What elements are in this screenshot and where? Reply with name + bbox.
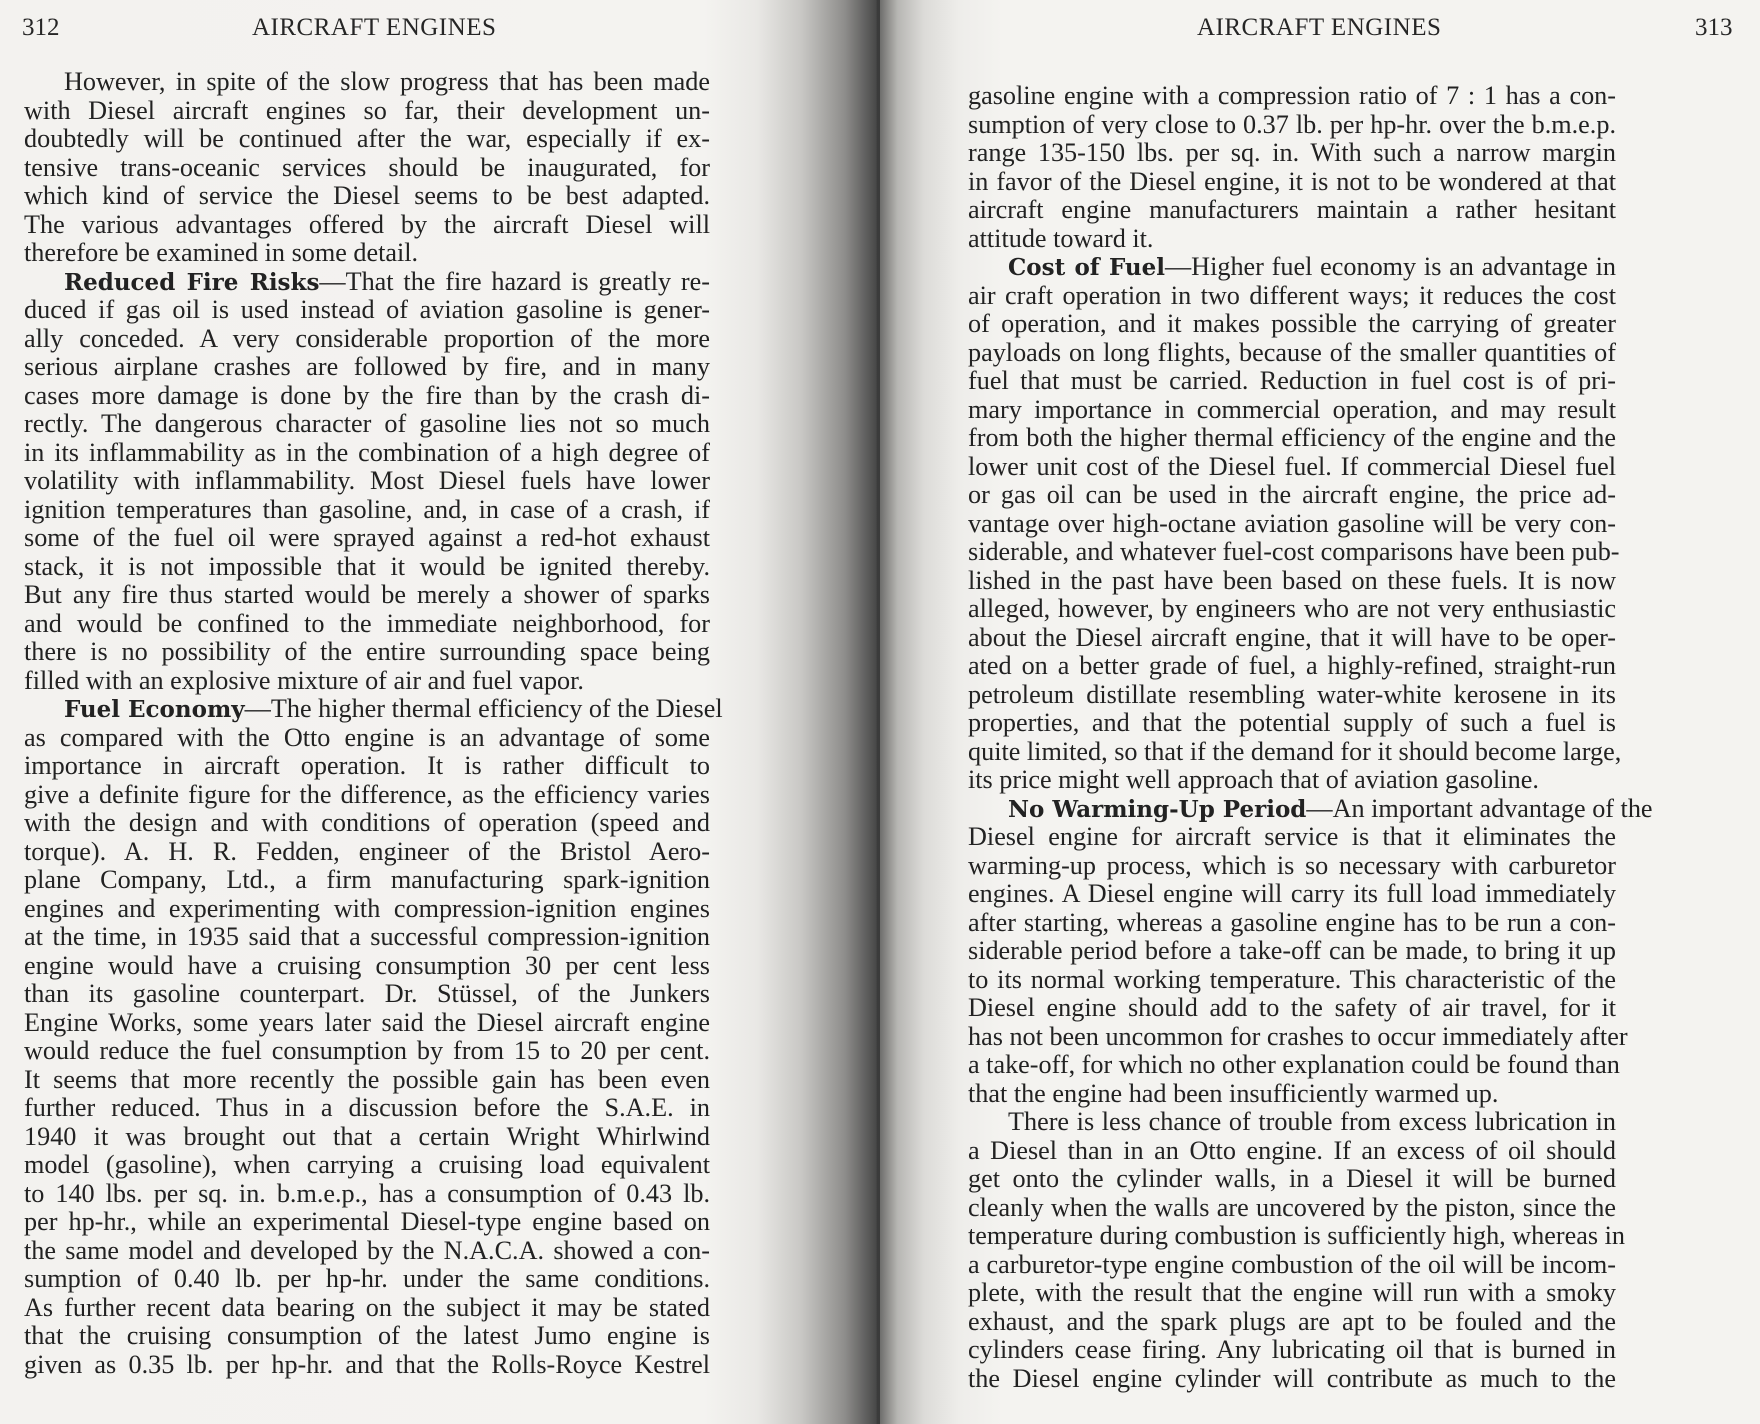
text-line: doubtedly will be continued after the wa… [24, 125, 710, 154]
text-line: There is less chance of trouble from exc… [968, 1108, 1616, 1137]
page-number-left: 312 [22, 14, 60, 42]
text-line: engines. A Diesel engine will carry its … [968, 880, 1616, 909]
text-line: cylinders cease firing. Any lubricating … [968, 1336, 1616, 1365]
section-heading-reduced-fire-risks: Reduced Fire Risks [64, 269, 319, 296]
text-line: importance in aircraft operation. It is … [24, 752, 710, 781]
text-line: Diesel engine for aircraft service is th… [968, 823, 1616, 852]
text-line: torque). A. H. R. Fedden, engineer of th… [24, 838, 710, 867]
text-line: with the design and with conditions of o… [24, 809, 710, 838]
text-line: quite limited, so that if the demand for… [968, 738, 1616, 767]
text-line: But any fire thus started would be merel… [24, 581, 710, 610]
left-page: 312 AIRCRAFT ENGINES However, in spite o… [0, 0, 880, 1424]
text-line: plete, with the result that the engine w… [968, 1279, 1616, 1308]
text-line: its price might well approach that of av… [968, 766, 1616, 795]
text-line: Fuel Economy—The higher thermal efficien… [24, 695, 710, 724]
text-line: which kind of service the Diesel seems t… [24, 182, 710, 211]
book-spread: 312 AIRCRAFT ENGINES However, in spite o… [0, 0, 1760, 1424]
text-line: a carburetor-type engine combustion of t… [968, 1251, 1616, 1280]
text-line: lished in the past have been based on th… [968, 567, 1616, 596]
text-line: siderable period before a take-off can b… [968, 937, 1616, 966]
text-line: to its normal working temperature. This … [968, 966, 1616, 995]
text-line: vantage over high-octane aviation gasoli… [968, 510, 1616, 539]
paragraph-fuel-economy: Fuel Economy—The higher thermal efficien… [24, 695, 710, 1379]
text-line: Reduced Fire Risks—That the fire hazard … [24, 268, 710, 297]
text-line: would reduce the fuel consumption by fro… [24, 1037, 710, 1066]
text-line: with Diesel aircraft engines so far, the… [24, 97, 710, 126]
text-line: Engine Works, some years later said the … [24, 1009, 710, 1038]
text-line: 1940 it was brought out that a certain W… [24, 1123, 710, 1152]
text-line: ally conceded. A very considerable propo… [24, 325, 710, 354]
text-line: petroleum distillate resembling water-wh… [968, 681, 1616, 710]
text-line: air craft operation in two different way… [968, 282, 1616, 311]
text-line: or gas oil can be used in the aircraft e… [968, 481, 1616, 510]
text-line: that the engine had been insufficiently … [968, 1080, 1616, 1109]
text-line: exhaust, and the spark plugs are apt to … [968, 1308, 1616, 1337]
text-line: gasoline engine with a compression ratio… [968, 82, 1616, 111]
text-line: payloads on long flights, because of the… [968, 339, 1616, 368]
text-line: Cost of Fuel—Higher fuel economy is an a… [968, 253, 1616, 282]
paragraph-continued: gasoline engine with a compression ratio… [968, 82, 1616, 253]
text-line: mary importance in commercial operation,… [968, 396, 1616, 425]
text-line: sumption of very close to 0.37 lb. per h… [968, 111, 1616, 140]
text-line: a take-off, for which no other explanati… [968, 1051, 1616, 1080]
text-line: and would be confined to the immediate n… [24, 610, 710, 639]
text-line: to 140 lbs. per sq. in. b.m.e.p., has a … [24, 1180, 710, 1209]
text-line: It seems that more recently the possible… [24, 1066, 710, 1095]
page-number-right: 313 [1695, 14, 1733, 42]
paragraph-intro: However, in spite of the slow progress t… [24, 68, 710, 268]
text-line: has not been uncommon for crashes to occ… [968, 1023, 1616, 1052]
text-line: alleged, however, by engineers who are n… [968, 595, 1616, 624]
text-line: at the time, in 1935 said that a success… [24, 923, 710, 952]
section-heading-no-warming-up-period: No Warming-Up Period [1008, 796, 1306, 823]
text-line: a Diesel than in an Otto engine. If an e… [968, 1137, 1616, 1166]
text-line: stack, it is not impossible that it woul… [24, 553, 710, 582]
text-line: therefore be examined in some detail. [24, 239, 710, 268]
text-line: properties, and that the potential suppl… [968, 709, 1616, 738]
paragraph-cost-of-fuel: Cost of Fuel—Higher fuel economy is an a… [968, 253, 1616, 795]
text-line: No Warming-Up Period—An important advant… [968, 795, 1616, 824]
text-line: per hp-hr., while an experimental Diesel… [24, 1208, 710, 1237]
text-line: in its inflammability as in the combinat… [24, 439, 710, 468]
text-line: ignition temperatures than gasoline, and… [24, 496, 710, 525]
text-line: model (gasoline), when carrying a cruisi… [24, 1151, 710, 1180]
text-line: The various advantages offered by the ai… [24, 211, 710, 240]
text-line: engine would have a cruising consumption… [24, 952, 710, 981]
text-line: rectly. The dangerous character of gasol… [24, 410, 710, 439]
text-line: ated on a better grade of fuel, a highly… [968, 652, 1616, 681]
text-line: filled with an explosive mixture of air … [24, 667, 710, 696]
text-line: duced if gas oil is used instead of avia… [24, 296, 710, 325]
right-page-body: gasoline engine with a compression ratio… [968, 82, 1616, 1393]
text-line: of operation, and it makes possible the … [968, 310, 1616, 339]
text-line: give a definite figure for the differenc… [24, 781, 710, 810]
paragraph-no-warming-up-period: No Warming-Up Period—An important advant… [968, 795, 1616, 1109]
right-page: AIRCRAFT ENGINES 313 gasoline engine wit… [880, 0, 1760, 1424]
text-line: further reduced. Thus in a discussion be… [24, 1094, 710, 1123]
text-line: than its gasoline counterpart. Dr. Stüss… [24, 980, 710, 1009]
text-line: range 135-150 lbs. per sq. in. With such… [968, 139, 1616, 168]
text-line: cleanly when the walls are uncovered by … [968, 1194, 1616, 1223]
text-line: However, in spite of the slow progress t… [24, 68, 710, 97]
text-line: tensive trans-oceanic services should be… [24, 154, 710, 183]
text-line: the same model and developed by the N.A.… [24, 1237, 710, 1266]
text-line: as compared with the Otto engine is an a… [24, 724, 710, 753]
running-head-right: AIRCRAFT ENGINES [1197, 14, 1441, 42]
text-line: temperature during combustion is suffici… [968, 1222, 1616, 1251]
text-line: plane Company, Ltd., a firm manufacturin… [24, 866, 710, 895]
paragraph-lubrication: There is less chance of trouble from exc… [968, 1108, 1616, 1393]
text-line: after starting, whereas a gasoline engin… [968, 909, 1616, 938]
text-line: some of the fuel oil were sprayed agains… [24, 524, 710, 553]
section-heading-cost-of-fuel: Cost of Fuel [1008, 254, 1165, 281]
text-line: warming-up process, which is so necessar… [968, 852, 1616, 881]
text-line: volatility with inflammability. Most Die… [24, 467, 710, 496]
text-line: there is no possibility of the entire su… [24, 638, 710, 667]
text-line: serious airplane crashes are followed by… [24, 353, 710, 382]
text-line: sumption of 0.40 lb. per hp-hr. under th… [24, 1265, 710, 1294]
text-line: siderable, and whatever fuel-cost compar… [968, 538, 1616, 567]
text-line: engines and experimenting with compressi… [24, 895, 710, 924]
text-line: fuel that must be carried. Reduction in … [968, 367, 1616, 396]
text-line: in favor of the Diesel engine, it is not… [968, 168, 1616, 197]
text-line: get onto the cylinder walls, in a Diesel… [968, 1165, 1616, 1194]
left-page-body: However, in spite of the slow progress t… [24, 68, 710, 1379]
text-line: about the Diesel aircraft engine, that i… [968, 624, 1616, 653]
text-line: Diesel engine should add to the safety o… [968, 994, 1616, 1023]
text-line: aircraft engine manufacturers maintain a… [968, 196, 1616, 225]
running-head-left: AIRCRAFT ENGINES [252, 14, 496, 42]
text-line: the Diesel engine cylinder will contribu… [968, 1365, 1616, 1394]
text-line: attitude toward it. [968, 225, 1616, 254]
text-line: As further recent data bearing on the su… [24, 1294, 710, 1323]
text-line: given as 0.35 lb. per hp-hr. and that th… [24, 1351, 710, 1380]
text-line: from both the higher thermal efficiency … [968, 424, 1616, 453]
text-line: lower unit cost of the Diesel fuel. If c… [968, 453, 1616, 482]
book-gutter [877, 0, 880, 1424]
paragraph-reduced-fire-risks: Reduced Fire Risks—That the fire hazard … [24, 268, 710, 696]
section-heading-fuel-economy: Fuel Economy [64, 696, 245, 723]
text-line: that the cruising consumption of the lat… [24, 1322, 710, 1351]
text-line: cases more damage is done by the fire th… [24, 382, 710, 411]
